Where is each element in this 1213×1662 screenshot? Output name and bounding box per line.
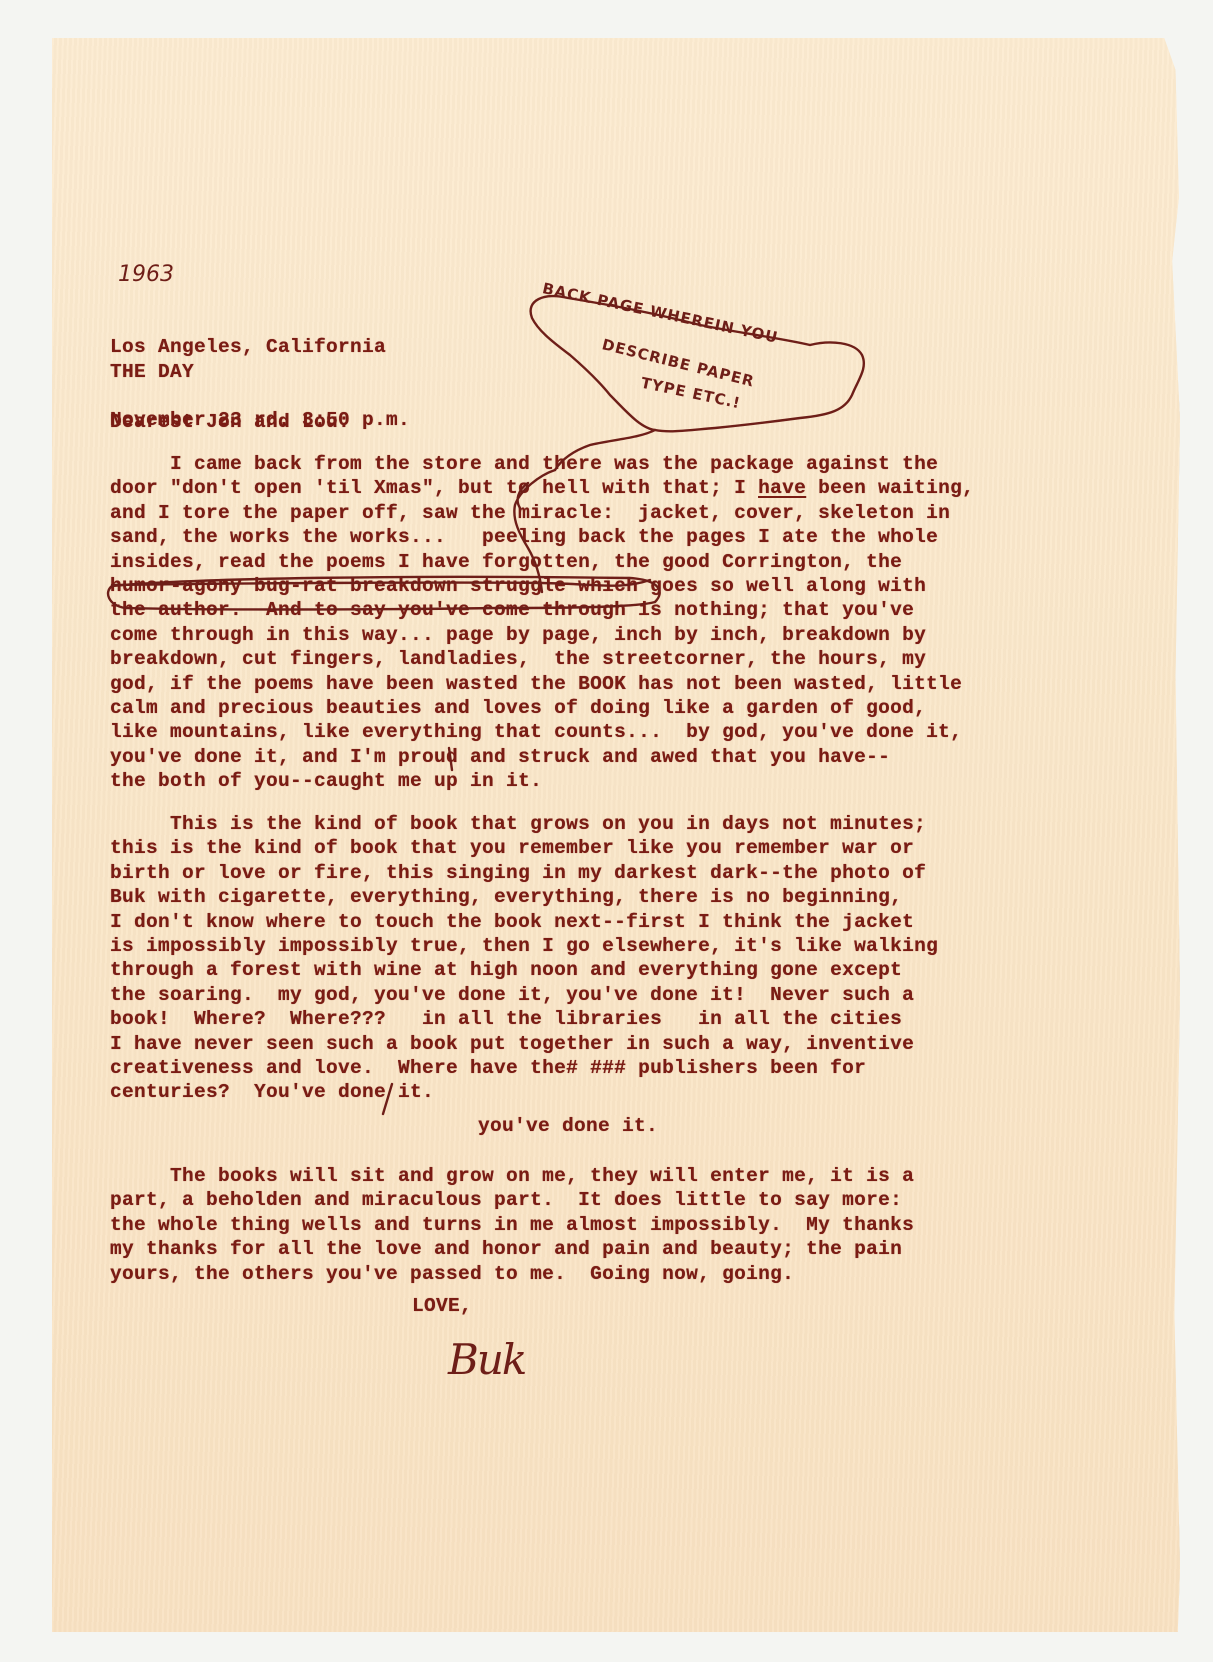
underlined-word: have <box>758 477 806 499</box>
text-line: this is the kind of book that you rememb… <box>110 836 938 860</box>
text-line: centuries? You've done it. <box>110 1080 938 1104</box>
text-line: the soaring. my god, you've done it, you… <box>110 983 938 1007</box>
text-line: calm and precious beauties and loves of … <box>110 696 974 720</box>
text-line: through a forest with wine at high noon … <box>110 958 938 982</box>
text-line: book! Where? Where??? in all the librari… <box>110 1007 938 1031</box>
text-line: yours, the others you've passed to me. G… <box>110 1262 914 1286</box>
signature: Buk <box>448 1335 525 1384</box>
text-line: creativeness and love. Where have the# #… <box>110 1056 938 1080</box>
handwritten-year: 1963 <box>118 262 174 287</box>
text-line: god, if the poems have been wasted the B… <box>110 672 974 696</box>
text-line: part, a beholden and miraculous part. It… <box>110 1188 914 1212</box>
letter-title: THE DAY <box>110 360 194 384</box>
text-line: I have never seen such a book put togeth… <box>110 1032 938 1056</box>
text-line: door "don't open 'til Xmas", but to hell… <box>110 476 974 500</box>
text-line: I came back from the store and there was… <box>110 452 974 476</box>
text-line: like mountains, like everything that cou… <box>110 720 974 744</box>
closing: LOVE, <box>412 1294 472 1318</box>
text-line: sand, the works the works... peeling bac… <box>110 525 974 549</box>
text-line: the author. And to say you've come throu… <box>110 598 974 622</box>
paragraph-1: I came back from the store and there was… <box>110 452 974 794</box>
text-line: you've done it, and I'm proud and struck… <box>110 745 974 769</box>
text-line: my thanks for all the love and honor and… <box>110 1237 914 1261</box>
text-line: come through in this way... page by page… <box>110 623 974 647</box>
text-line: I don't know where to touch the book nex… <box>110 910 938 934</box>
centered-line: you've done it. <box>478 1114 658 1138</box>
text-line: Buk with cigarette, everything, everythi… <box>110 885 938 909</box>
text-line: The books will sit and grow on me, they … <box>110 1164 914 1188</box>
header-location: Los Angeles, California <box>110 335 410 359</box>
text-line: humor-agony bug-rat breakdown struggle w… <box>110 574 974 598</box>
text-line: insides, read the poems I have forgotten… <box>110 550 974 574</box>
text-line: birth or love or fire, this singing in m… <box>110 861 938 885</box>
paragraph-3: The books will sit and grow on me, they … <box>110 1164 914 1286</box>
text-line: is impossibly impossibly true, then I go… <box>110 934 938 958</box>
text-line: the whole thing wells and turns in me al… <box>110 1213 914 1237</box>
salutation: Dearest Jon and Lou: <box>110 410 350 434</box>
text-line: the both of you--caught me up in it. <box>110 769 974 793</box>
text-line: breakdown, cut fingers, landladies, the … <box>110 647 974 671</box>
text-line: and I tore the paper off, saw the miracl… <box>110 501 974 525</box>
text-line: This is the kind of book that grows on y… <box>110 812 938 836</box>
paragraph-2: This is the kind of book that grows on y… <box>110 812 938 1105</box>
